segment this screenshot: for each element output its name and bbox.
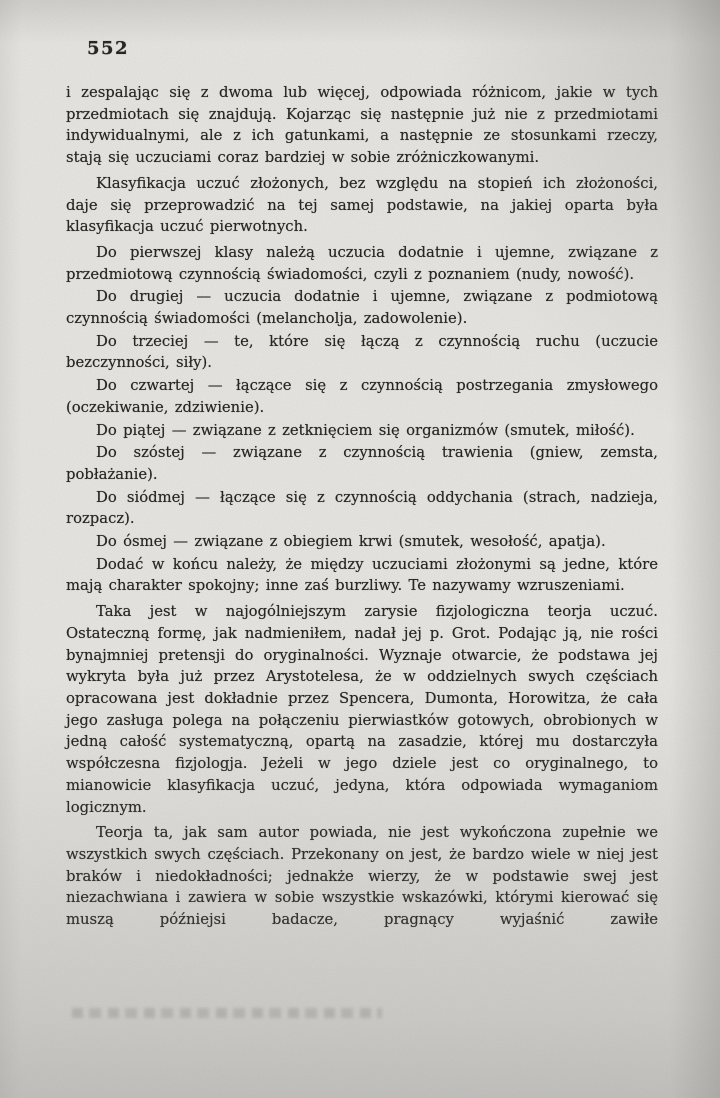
paragraph-2: Klasyfikacja uczuć złożonych, bez względ… xyxy=(66,173,658,238)
paragraph-1: i zespalając się z dwoma lub więcej, odp… xyxy=(66,82,658,169)
paragraph-10: Do ósmej — związane z obiegiem krwi (smu… xyxy=(66,531,658,553)
paragraph-7: Do piątej — związane z zetknięciem się o… xyxy=(66,420,658,442)
paragraph-9: Do siódmej — łączące się z czynnością od… xyxy=(66,487,658,530)
paragraph-12: Taka jest w najogólniejszym zarysie fizj… xyxy=(66,601,658,818)
page-number: 552 xyxy=(87,38,129,59)
paragraph-11: Dodać w końcu należy, że między uczuciam… xyxy=(66,554,658,597)
bleed-through-artifact xyxy=(72,1008,382,1018)
paragraph-4: Do drugiej — uczucia dodatnie i ujemne, … xyxy=(66,286,658,329)
paragraph-8: Do szóstej — związane z czynnością trawi… xyxy=(66,442,658,485)
scanned-book-page: 552 i zespalając się z dwoma lub więcej,… xyxy=(0,0,720,1098)
paragraph-5: Do trzeciej — te, które się łączą z czyn… xyxy=(66,331,658,374)
paragraph-3: Do pierwszej klasy należą uczucia dodatn… xyxy=(66,242,658,285)
paragraph-13: Teorja ta, jak sam autor powiada, nie je… xyxy=(66,822,658,931)
body-text: i zespalając się z dwoma lub więcej, odp… xyxy=(66,82,658,932)
paragraph-6: Do czwartej — łączące się z czynnością p… xyxy=(66,375,658,418)
